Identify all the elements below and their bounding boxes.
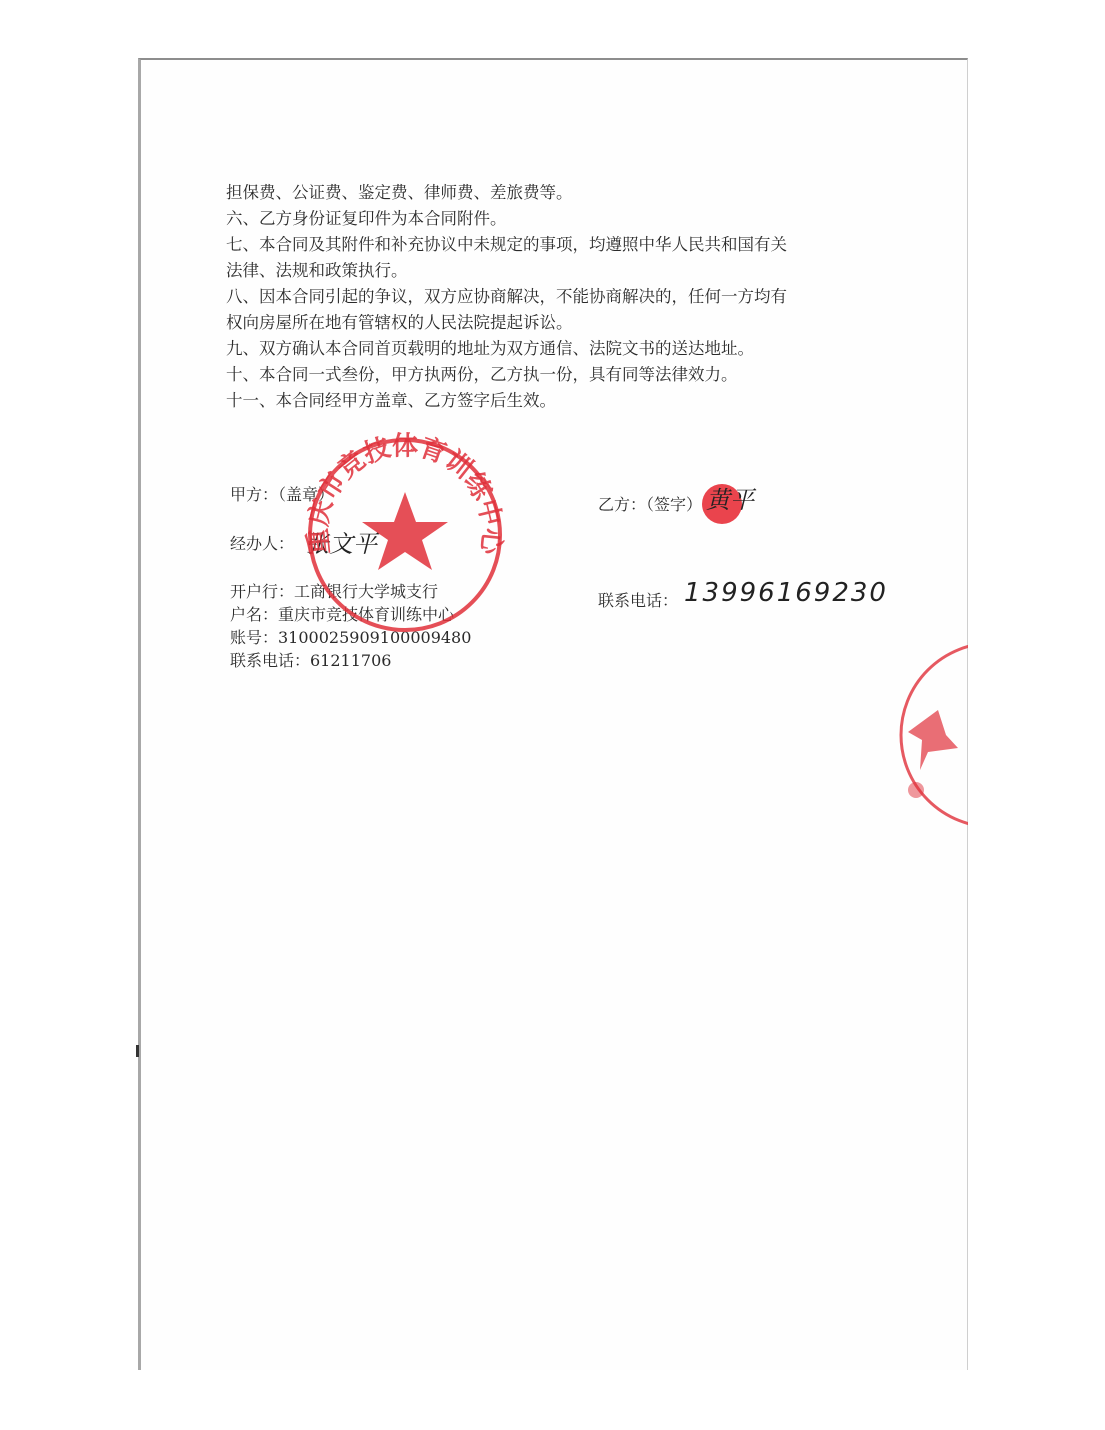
party-b-phone-handwritten: 13996169230 xyxy=(684,578,888,608)
partial-seal xyxy=(898,640,968,830)
clause-line: 十一、本合同经甲方盖章、乙方签字后生效。 xyxy=(226,388,846,414)
clause-line: 九、双方确认本合同首页载明的地址为双方通信、法院文书的送达地址。 xyxy=(226,336,846,362)
party-a-phone: 联系电话：61211706 xyxy=(230,649,471,672)
party-b-label: 乙方：（签字） xyxy=(598,492,702,515)
handler-label: 经办人： xyxy=(230,531,294,554)
official-seal: 重庆市竞技体育训练中心 xyxy=(300,430,510,640)
contract-clauses: 担保费、公证费、鉴定费、律师费、差旅费等。 六、乙方身份证复印件为本合同附件。 … xyxy=(226,180,846,414)
clause-line: 七、本合同及其附件和补充协议中未规定的事项，均遵照中华人民共和国有关 xyxy=(226,232,846,258)
party-b-phone-label: 联系电话： xyxy=(598,588,678,611)
scan-mark xyxy=(136,1045,139,1057)
clause-line: 法律、法规和政策执行。 xyxy=(226,258,846,284)
clause-line: 六、乙方身份证复印件为本合同附件。 xyxy=(226,206,846,232)
clause-line: 八、因本合同引起的争议，双方应协商解决，不能协商解决的，任何一方均有 xyxy=(226,284,846,310)
clause-line: 担保费、公证费、鉴定费、律师费、差旅费等。 xyxy=(226,180,846,206)
party-b-signature: 黄平 xyxy=(706,480,754,515)
clause-line: 权向房屋所在地有管辖权的人民法院提起诉讼。 xyxy=(226,310,846,336)
clause-line: 十、本合同一式叁份，甲方执两份，乙方执一份，具有同等法律效力。 xyxy=(226,362,846,388)
